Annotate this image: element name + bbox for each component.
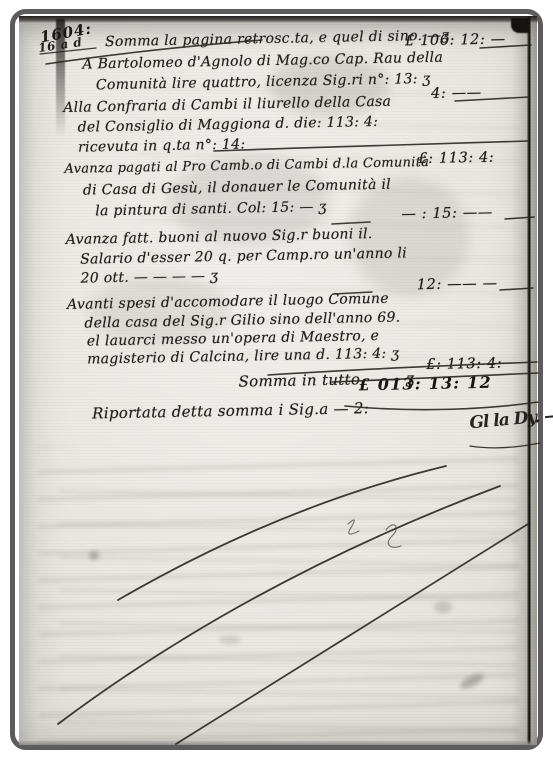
ink-smudge — [219, 636, 241, 644]
binding-gutter-shadow — [56, 19, 65, 137]
scan-edge-top — [19, 16, 537, 23]
page-scan — [19, 16, 537, 745]
bleed-through-text — [139, 76, 519, 376]
scan-corner-artifact — [511, 18, 529, 33]
ink-smudge — [89, 551, 99, 560]
ink-smudge — [434, 601, 452, 613]
scanned-manuscript-page: 1604: 16 a d Somma la pagina retrosc.ta,… — [0, 0, 553, 760]
